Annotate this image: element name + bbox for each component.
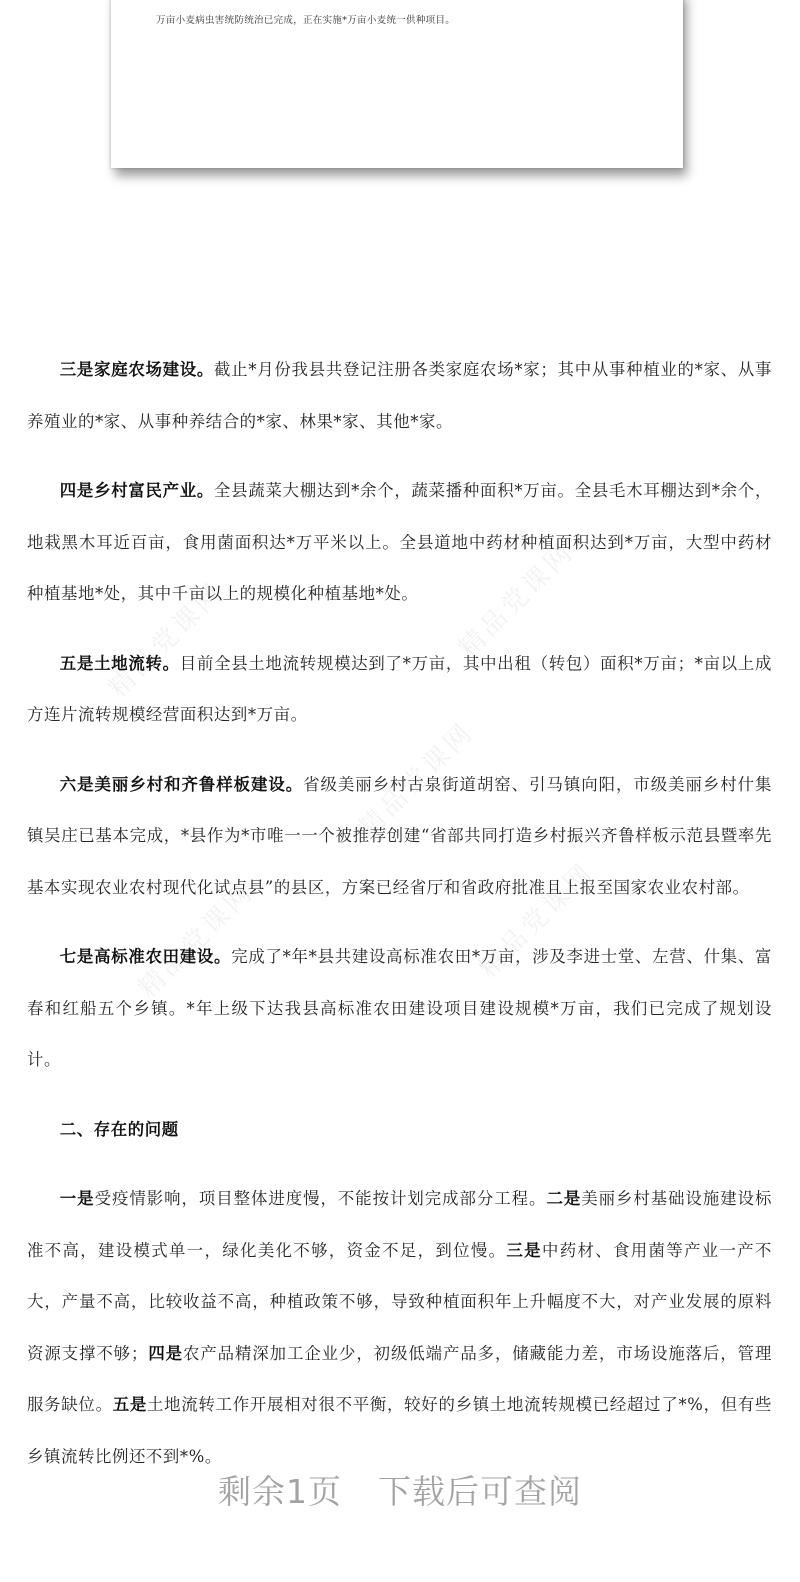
problem-text: 受疫情影响，项目整体进度慢，不能按计划完成部分工程。 [95, 1189, 547, 1208]
problem-lead: 四是 [148, 1344, 183, 1363]
paragraph-rural-industry: 四是乡村富民产业。全县蔬菜大棚达到*余个，蔬菜播种面积*万亩。全县毛木耳棚达到*… [27, 465, 772, 620]
paragraph-beautiful-village: 六是美丽乡村和齐鲁样板建设。省级美丽乡村古泉街道胡窑、引马镇向阳，市级美丽乡村什… [27, 759, 772, 914]
paragraph-problems: 一是受疫情影响，项目整体进度慢，不能按计划完成部分工程。二是美丽乡村基础设施建设… [27, 1173, 772, 1482]
problem-lead: 一是 [60, 1189, 95, 1208]
problem-lead: 五是 [113, 1395, 147, 1414]
problem-lead: 二是 [546, 1189, 581, 1208]
download-to-read-banner[interactable]: 剩余1页下载后可查阅 [0, 1466, 800, 1513]
paragraph-lead: 四是乡村富民产业。 [60, 481, 214, 500]
remaining-pages-label: 剩余1页 [218, 1472, 342, 1511]
paragraph-lead: 七是高标准农田建设。 [60, 947, 231, 966]
previous-page-last-line: 万亩小麦病虫害统防统治已完成，正在实施*万亩小麦统一供种项目。 [156, 12, 455, 26]
previous-page-preview: 万亩小麦病虫害统防统治已完成，正在实施*万亩小麦统一供种项目。 [111, 0, 683, 168]
paragraph-lead: 六是美丽乡村和齐鲁样板建设。 [60, 775, 303, 794]
paragraph-family-farms: 三是家庭农场建设。截止*月份我县共登记注册各类家庭农场*家；其中从事种植业的*家… [27, 344, 772, 447]
paragraph-farmland: 七是高标准农田建设。完成了*年*县共建设高标准农田*万亩，涉及李进士堂、左营、什… [27, 931, 772, 1086]
section-heading: 二、存在的问题 [27, 1104, 772, 1156]
paragraph-lead: 三是家庭农场建设。 [60, 360, 214, 379]
paragraph-lead: 五是土地流转。 [60, 654, 180, 673]
problem-lead: 三是 [506, 1241, 542, 1260]
paragraph-land-transfer: 五是土地流转。目前全县土地流转规模达到了*万亩，其中出租（转包）面积*万亩；*亩… [27, 638, 772, 741]
download-prompt-label[interactable]: 下载后可查阅 [378, 1472, 582, 1511]
document-body: 三是家庭农场建设。截止*月份我县共登记注册各类家庭农场*家；其中从事种植业的*家… [27, 344, 772, 1500]
